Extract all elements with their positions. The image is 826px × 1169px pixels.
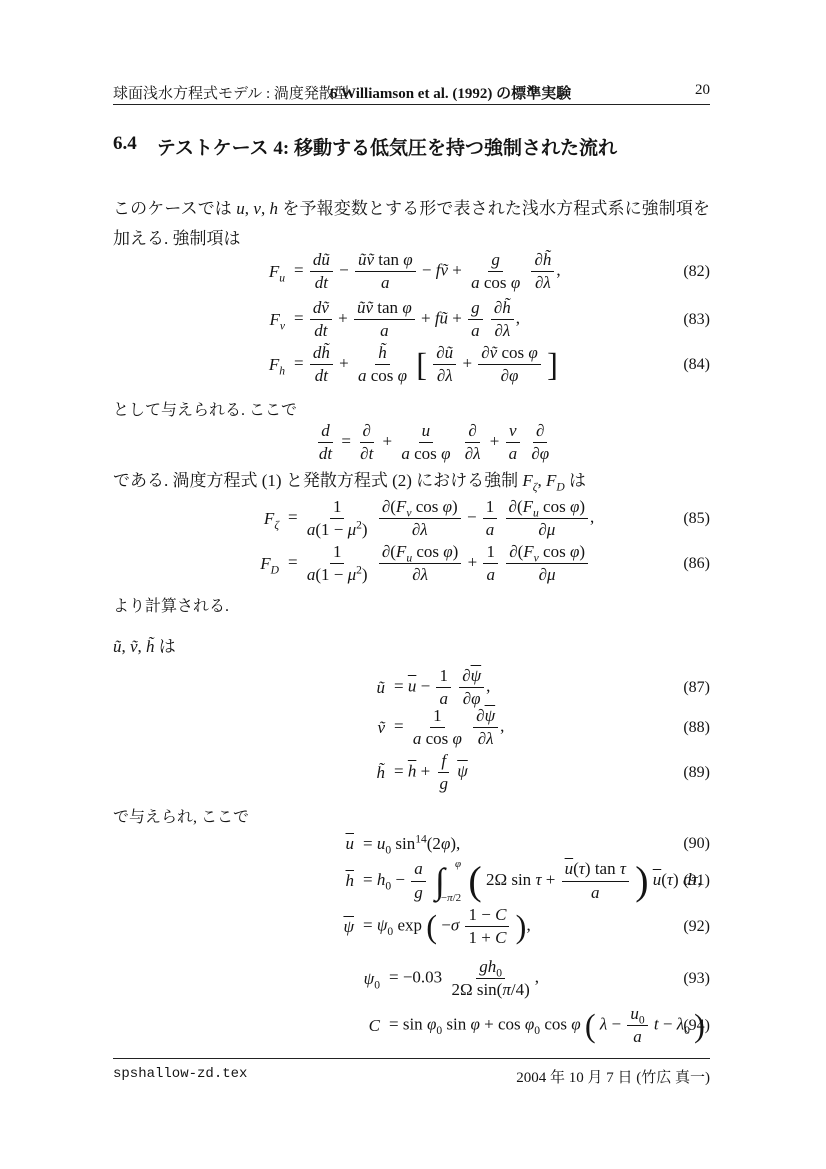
page-content: 球面浅水方程式モデル : 渦度発散型 6 Williamson et al. (… [113,0,710,1169]
equation-lhs: h [113,871,354,891]
equation-rhs: = 1a cos φ ∂ψ∂λ, [385,706,710,749]
footer-filename: spshallow-zd.tex [113,1066,247,1087]
equation-lhs: Fu [113,262,285,282]
equation-number: (90) [683,835,710,853]
running-header: 球面浅水方程式モデル : 渦度発散型 6 Williamson et al. (… [113,82,710,104]
equation-lhs: ψ [113,917,354,937]
equation-number: (84) [683,356,710,374]
equation-84: Fh = dh̃dt + h̃a cos φ [ ∂ũ∂λ + ∂ṽ cos φ… [113,343,710,386]
footer-rule [113,1058,710,1059]
document-page: 球面浅水方程式モデル : 渦度発散型 6 Williamson et al. (… [0,0,826,1169]
equation-rhs: = u0 sin14(2φ), [354,834,710,854]
equation-lhs: Fh [113,355,285,375]
equation-92: ψ = ψ0 exp ( −σ 1 − C1 + C ), (92) [113,905,710,948]
equation-number: (94) [683,1017,710,1035]
equation-90: u = u0 sin14(2φ), (90) [113,834,710,854]
equation-rhs: = h + fg ψ [385,751,710,794]
equation-number: (92) [683,918,710,936]
section-title: テストケース 4: 移動する低気圧を持つ強制された流れ [157,133,617,160]
equation-lhs: ũ [113,678,385,698]
equation-82: Fu = dũdt − ũṽ tan φa − fṽ + ga cos φ ∂h… [113,250,710,293]
equation-ddt: ddt = ∂∂t + ua cos φ ∂∂λ + va ∂∂φ [113,421,710,464]
equation-85: Fζ = 1a(1 − μ2) ∂(Fv cos φ)∂λ − 1a ∂(Fu … [113,497,710,540]
equation-number: (91) [683,872,710,890]
equation-lhs: ψ0 [113,969,380,989]
equation-rhs: = h0 − ag ∫φ−π/2 ( 2Ω sin τ + u(τ) tan τ… [354,858,710,904]
equation-number: (86) [683,555,710,573]
equation-number: (82) [683,263,710,281]
equation-rhs: = u − 1a ∂ψ∂φ, [385,666,710,709]
equation-rhs: = −0.03 gh02Ω sin(π/4), [380,957,710,1000]
equation-number: (93) [683,970,710,988]
equation-rhs: = sin φ0 sin φ + cos φ0 cos φ ( λ − u0a … [380,1004,710,1047]
equation-88: ṽ = 1a cos φ ∂ψ∂λ, (88) [113,706,710,749]
equation-91: h = h0 − ag ∫φ−π/2 ( 2Ω sin τ + u(τ) tan… [113,858,710,904]
paragraph-vort-div: である. 渦度方程式 (1) と発散方程式 (2) における強制 Fζ, FD … [113,466,710,496]
equation-body: ddt = ∂∂t + ua cos φ ∂∂λ + va ∂∂φ [314,421,554,464]
equation-rhs: = dũdt − ũṽ tan φa − fṽ + ga cos φ ∂h̃∂λ… [285,250,710,293]
equation-rhs: = 1a(1 − μ2) ∂(Fu cos φ)∂λ + 1a ∂(Fv cos… [279,542,710,585]
paragraph-intro: このケースでは u, v, h を予報変数とする形で表された浅水方程式系に強制項… [113,194,710,254]
equation-94: C = sin φ0 sin φ + cos φ0 cos φ ( λ − u0… [113,1004,710,1047]
footer: spshallow-zd.tex 2004 年 10 月 7 日 (竹広 真一) [113,1066,710,1087]
equation-lhs: u [113,834,354,854]
equation-number: (88) [683,719,710,737]
page-number: 20 [695,82,710,99]
equation-93: ψ0 = −0.03 gh02Ω sin(π/4), (93) [113,957,710,1000]
equation-lhs: ṽ [113,718,385,738]
header-rule [113,104,710,105]
equation-87: ũ = u − 1a ∂ψ∂φ, (87) [113,666,710,709]
equation-lhs: Fv [113,310,285,330]
equation-83: Fv = dṽdt + ũṽ tan φa + fũ + ga ∂h̃∂λ, (… [113,298,710,341]
equation-89: h̃ = h + fg ψ (89) [113,751,710,794]
equation-lhs: FD [113,554,279,574]
equation-rhs: = dh̃dt + h̃a cos φ [ ∂ũ∂λ + ∂ṽ cos φ∂φ … [285,343,710,386]
header-title: 球面浅水方程式モデル : 渦度発散型 [113,82,349,103]
equation-lhs: Fζ [113,509,279,529]
equation-rhs: = ψ0 exp ( −σ 1 − C1 + C ), [354,905,710,948]
equation-number: (85) [683,510,710,528]
equation-lhs: C [113,1016,380,1036]
paragraph-uvh: ũ, ṽ, h̃ は [113,632,710,662]
paragraph-computed: より計算される. [113,592,710,622]
equation-rhs: = 1a(1 − μ2) ∂(Fv cos φ)∂λ − 1a ∂(Fu cos… [279,497,710,540]
header-section-title: 6 Williamson et al. (1992) の標準実験 [330,82,571,103]
footer-date-author: 2004 年 10 月 7 日 (竹広 真一) [516,1066,710,1087]
paragraph-given-where: で与えられ, ここで [113,803,710,833]
equation-86: FD = 1a(1 − μ2) ∂(Fu cos φ)∂λ + 1a ∂(Fv … [113,542,710,585]
equation-number: (89) [683,764,710,782]
equation-number: (83) [683,311,710,329]
equation-number: (87) [683,679,710,697]
section-number: 6.4 [113,133,137,160]
equation-lhs: h̃ [113,763,385,783]
section-heading: 6.4 テストケース 4: 移動する低気圧を持つ強制された流れ [113,133,710,160]
equation-rhs: = dṽdt + ũṽ tan φa + fũ + ga ∂h̃∂λ, [285,298,710,341]
